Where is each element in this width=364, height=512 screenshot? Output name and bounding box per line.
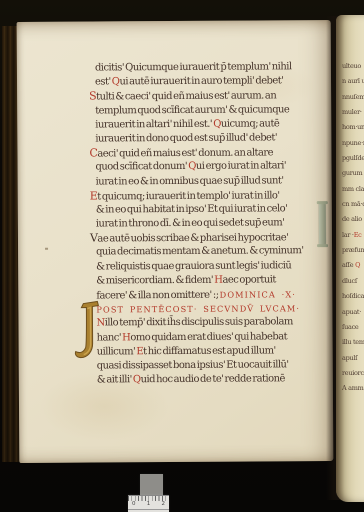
text-segment: ae autē uobis scribae & pharisei hypocri… [97,233,288,245]
text-segment: iurat in throno dī. & in eo qui sedet su… [96,217,285,229]
frag-line: gurum d [342,166,364,181]
text-segment: DOMINICA ·X· [220,289,296,299]
text-line: quod scīficat donum' Qui ergo iurat in a… [96,159,322,175]
facing-page-edge: ulteuon aurī unnuſemmuler·hom·unnpune·rp… [336,15,364,502]
text-segment: ulteuo [342,62,361,70]
text-line: Vae autē uobis scribae & pharisei hypocr… [96,230,322,246]
text-segment: mm cla [342,185,364,193]
text-line: Et quicumq; iurauerit in templo' iurat i… [96,188,322,204]
text-segment: est' [95,77,112,88]
text-line: iurauerit in altari' nihil est.' Quicumq… [95,117,321,133]
manuscript-photo: dicitis' Quicumque iurauerit p̄ templum'… [0,0,364,512]
text-line: & reliquistis quae grauiora sunt legis' … [96,259,322,275]
calibration-ruler: 012 [128,495,169,512]
text-segment: præfun [342,246,364,254]
frag-line: apuat· [342,305,364,320]
frag-line: A amm [342,381,364,396]
text-segment: pgulſde [342,154,364,162]
text-segment: reuiorc [342,369,364,377]
frag-line: dlucſ [342,274,364,289]
frag-line: illu tem [342,335,364,350]
text-segment: Q [355,261,360,269]
text-line: iurat in eo & in omnibus quae sup̄ illud… [96,174,322,190]
frag-line: reuiorc [342,366,364,381]
text-segment: & ait illi' [97,374,133,385]
text-segment: tulti & caeci' quid eñ maius est' aurum.… [96,91,276,103]
text-segment: lar · [342,231,354,239]
text-segment: t hic diffamatus est apud illum' [143,345,276,357]
text-line: Stulti & caeci' quid eñ maius est' aurum… [95,88,321,104]
text-line: Caeci' quid eñ maius est' donum. an alta… [95,145,321,161]
text-segment: & reliquistis quae grauiora sunt legis' … [96,260,291,272]
text-segment: hom·un [342,123,364,131]
text-segment: A amm [342,384,363,392]
text-segment: de alio [342,215,362,223]
text-segment: quia decimatis mentam & anetum. & cyminu… [96,246,304,258]
frag-line: pgulſde [342,151,364,166]
frag-line: n aurī u [342,74,364,89]
text-line: templum quod scīficat aurum' & quicumque [95,103,321,119]
text-segment: aec oportuit [222,274,276,285]
frag-line: hom·un [342,120,364,135]
ruler-numbers: 012 [128,501,169,508]
frag-line: ulteuo [342,59,364,74]
calibration-gray-patch [140,474,163,495]
text-segment: ſuace [342,323,358,331]
text-segment: Ec [354,231,362,239]
text-segment: uicumq; autē [221,118,279,129]
text-segment: n aurī u [342,77,364,85]
frag-line: præfun [342,243,364,258]
frag-line: mm cla [342,182,364,197]
text-segment: POST PENTĒCOST· SECVNDV̄ LVCAM· [96,303,300,314]
frag-line: nnuſem [342,90,364,105]
text-segment: gurum d [342,169,364,177]
text-segment: H [122,332,130,343]
text-line: & misericordiam. & fidem' Haec oportuit [96,273,322,289]
text-segment: cn mā·q [342,200,364,208]
gold-initial-I [73,299,101,361]
text-segment: facere' & illa non omittere' :; [96,290,219,302]
text-segment: apuat· [342,308,361,316]
text-segment: ui autē iurauerit in auro templi' debet' [119,76,283,88]
frag-line: lar ·Ec [342,228,364,243]
text-segment: apulſ [342,354,357,362]
text-line: hanc' Homo quidam erat diues' qui habeba… [97,330,323,346]
text-segment: & in eo qui habitat in ipso' Et qui iura… [96,203,288,215]
frag-line: cn mā·q [342,197,364,212]
text-segment: nnuſem [342,93,364,101]
text-line: POST PENTĒCOST· SECVNDV̄ LVCAM· [96,301,322,317]
text-line: quasi dissipasset bona ipsius' Et uocaui… [97,358,323,374]
text-segment: uillicum' [97,346,137,357]
text-segment: C [89,147,97,161]
text-segment: quasi dissipasset bona ipsius' Et uocaui… [97,359,289,371]
green-initial-stem [319,203,326,245]
text-segment: dicitis' Quicumque iurauerit p̄ templum'… [95,61,292,73]
text-segment: illu tem [342,338,364,346]
text-segment: aſſe [342,261,355,269]
text-line: facere' & illa non omittere' :; DOMINICA… [96,287,322,303]
text-segment: ui ergo iurat in altari' [196,161,286,173]
facing-page-text: ulteuon aurī unnuſemmuler·hom·unnpune·rp… [342,59,364,397]
frag-line: ſuace [342,320,364,335]
text-segment: Q [213,118,221,129]
frag-line: npune·r [342,136,364,151]
text-segment: npune·r [342,139,364,147]
frag-line: hoſdica [342,289,364,304]
text-segment: aeci' quid eñ maius est' donum. an altar… [97,148,273,160]
margin-pen-mark [45,248,48,250]
text-segment: iurat in eo & in omnibus quae sup̄ illud… [96,175,284,187]
text-segment: quod scīficat donum' [96,161,189,173]
text-segment: omo quidam erat diues' qui habebat [130,331,287,343]
text-segment: hoſdica [342,292,364,300]
text-line: quia decimatis mentam & anetum. & cyminu… [96,245,322,261]
frag-line: aſſe Q [342,258,364,273]
ruler-number: 2 [162,501,166,508]
text-segment: illo temp̄' dixit ih̄s discipulis suis p… [105,317,293,329]
text-segment: t quicumq; iurauerit in templo' iurat in… [97,190,279,202]
text-line: & in eo qui habitat in ipso' Et qui iura… [96,202,322,218]
text-segment: dlucſ [342,277,357,285]
text-line: dicitis' Quicumque iurauerit p̄ templum'… [95,60,321,76]
frag-line: muler· [342,105,364,120]
text-line: iurat in throno dī. & in eo qui sedet su… [96,216,322,232]
ruler-line [128,509,169,510]
text-segment: & misericordiam. & fidem' [96,275,214,287]
ruler-number: 1 [147,501,151,508]
text-line: iurauerit in dono quod est sup̄ illud' d… [95,131,321,147]
manuscript-page: dicitis' Quicumque iurauerit p̄ templum'… [17,20,334,463]
text-block: dicitis' Quicumque iurauerit p̄ templum'… [95,60,323,388]
text-segment: iurauerit in altari' nihil est.' [95,119,213,131]
ruler-number: 0 [132,501,136,508]
text-line: est' Qui autē iurauerit in auro templi' … [95,74,321,90]
text-line: Nillo temp̄' dixit ih̄s discipulis suis … [96,315,322,331]
frag-line: de alio [342,212,364,227]
text-line: uillicum' Et hic diffamatus est apud ill… [97,344,323,360]
text-segment: muler· [342,108,362,116]
text-segment: iurauerit in dono quod est sup̄ illud' d… [95,132,277,144]
text-segment: Q [133,374,141,385]
text-line: & ait illi' Quid hoc audio de te' redde … [97,372,323,388]
text-segment: uid hoc audio de te' redde rationē [141,373,285,385]
frag-line: apulſ [342,351,364,366]
text-segment: templum quod scīficat aurum' & quicumque [95,104,289,116]
